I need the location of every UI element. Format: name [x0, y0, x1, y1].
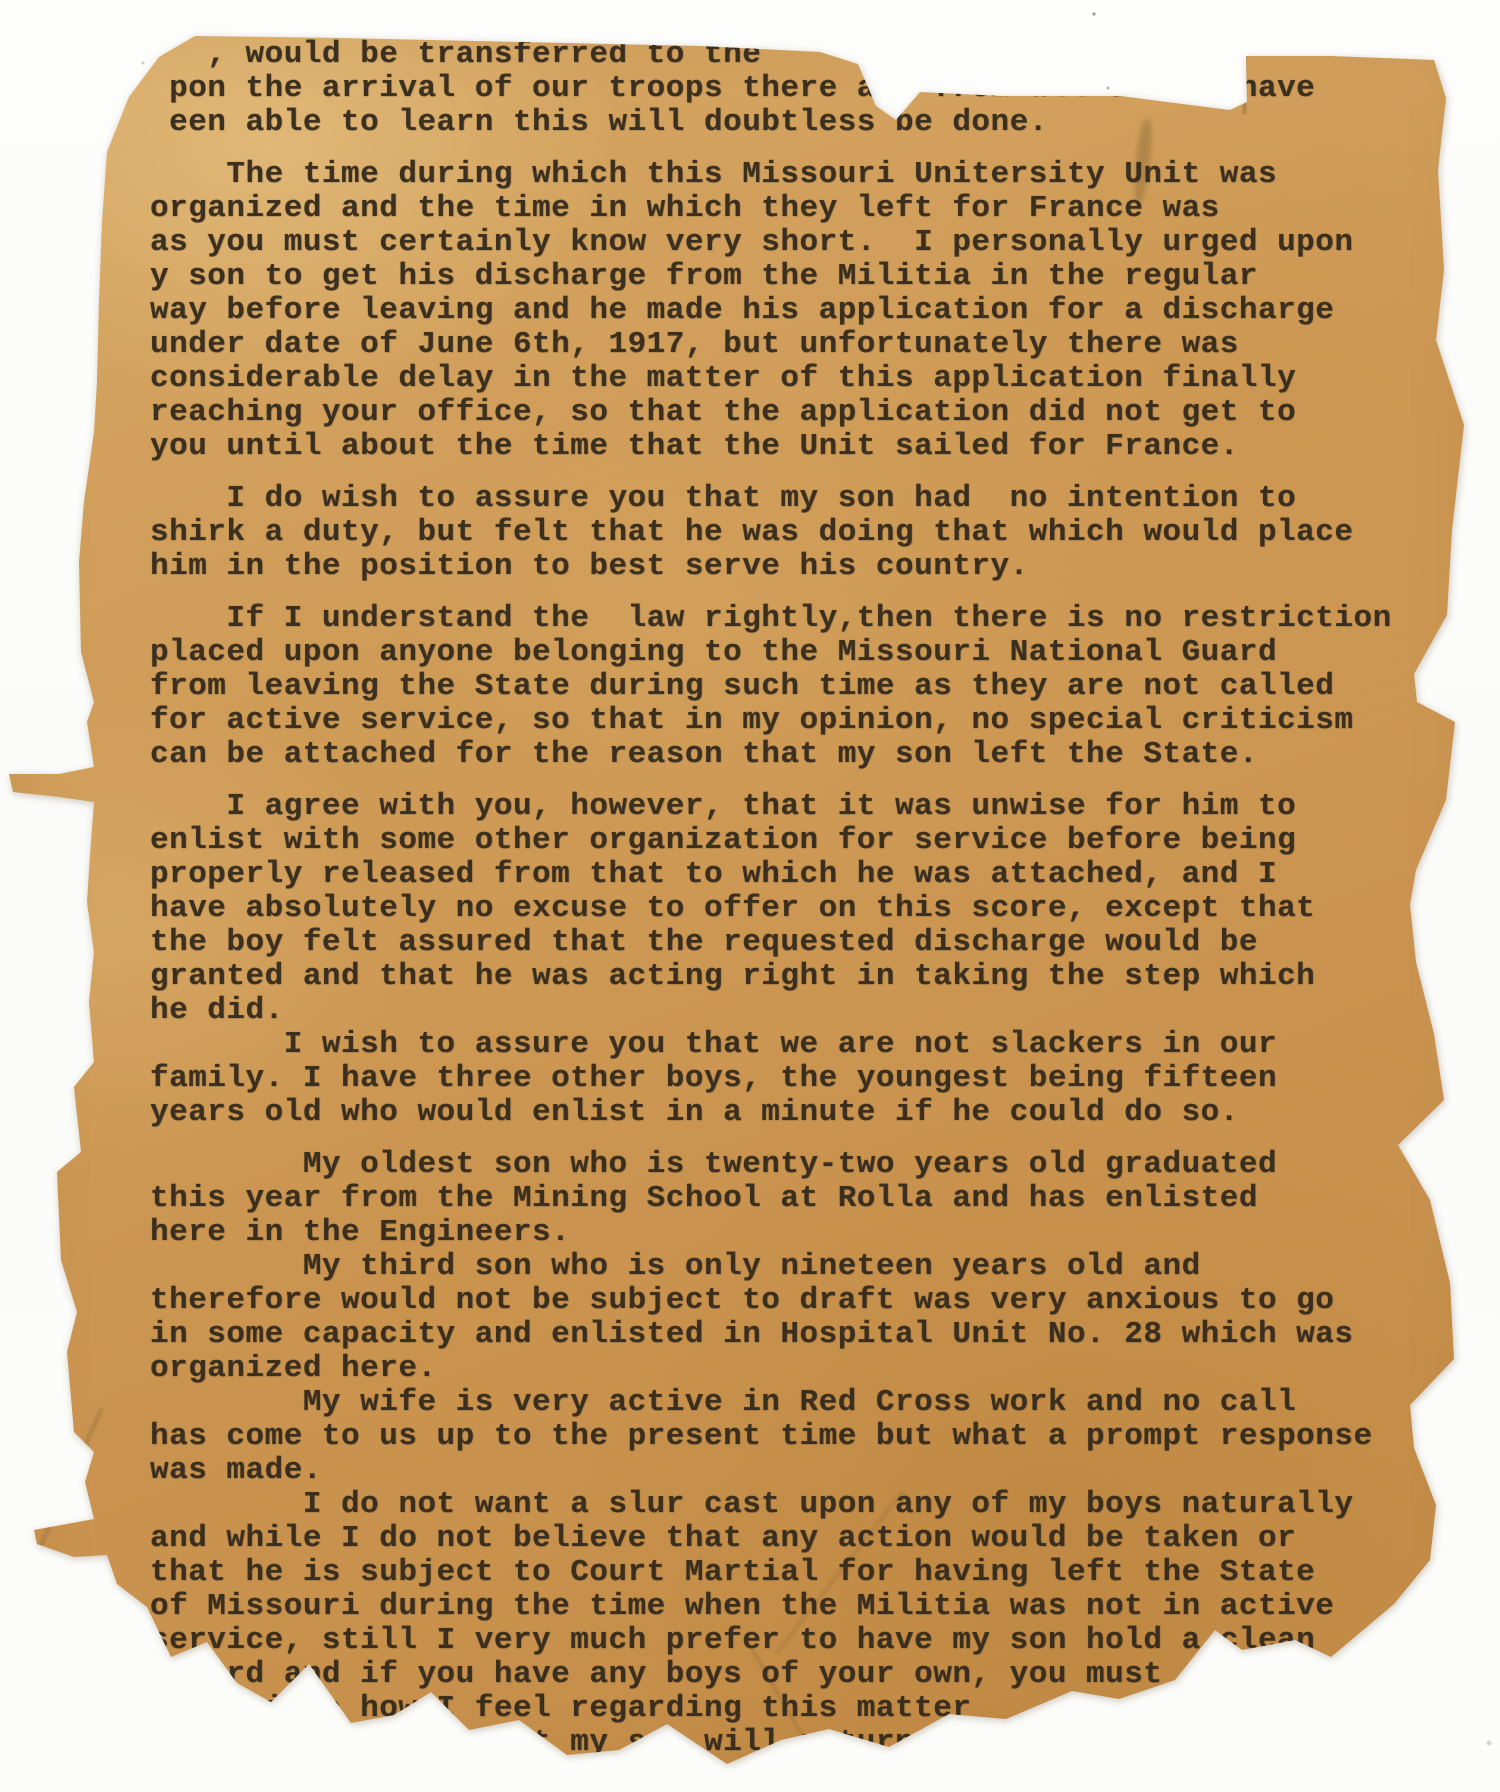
letter-line: reaching your office, so that the applic…: [150, 396, 1450, 430]
letter-paragraph: The time during which this Missouri Unit…: [150, 158, 1450, 464]
letter-line: the boy felt assured that the requested …: [150, 926, 1450, 960]
letter-line: family. I have three other boys, the you…: [150, 1062, 1450, 1096]
letter-line: and while I do not believe that any acti…: [150, 1522, 1450, 1556]
letter-line: placed upon anyone belonging to the Miss…: [150, 636, 1450, 670]
letter-line: , would be transferred to the: [150, 38, 1450, 72]
letter-line: of Missouri during the time when the Mil…: [150, 1590, 1450, 1624]
letter-paragraph: I agree with you, however, that it was u…: [150, 790, 1450, 1028]
letter-paragraph: My oldest son who is twenty-two years ol…: [150, 1148, 1450, 1250]
letter-line: I do wish to assure you that my son had …: [150, 482, 1450, 516]
letter-line: years old who would enlist in a minute i…: [150, 1096, 1450, 1130]
letter-line: If I understand the law rightly,then the…: [150, 602, 1450, 636]
letter-paragraph: I do wish to assure you that my son had …: [150, 482, 1450, 584]
letter-line: I do not want a slur cast upon any of my…: [150, 1488, 1450, 1522]
paper-wrap: , would be transferred to the pon the ar…: [0, 0, 1500, 1792]
letter-line: pon the arrival of our troops there and …: [150, 72, 1450, 106]
letter-line: that he is subject to Court Martial for …: [150, 1556, 1450, 1590]
letter-line: My oldest son who is twenty-two years ol…: [150, 1148, 1450, 1182]
letter-line: record and if you have any boys of your …: [150, 1658, 1450, 1692]
letter-paragraph: My wife is very active in Red Cross work…: [150, 1386, 1450, 1488]
letter-line: he did.: [150, 994, 1450, 1028]
paper-crease: [4, 1407, 103, 1623]
letter-line: properly released from that to which he …: [150, 858, 1450, 892]
letter-paragraph: , would be transferred to the pon the ar…: [150, 38, 1450, 140]
letter-line: was made.: [150, 1454, 1450, 1488]
letter-paragraph: If I understand the law rightly,then the…: [150, 602, 1450, 772]
letter-line: you until about the time that the Unit s…: [150, 430, 1450, 464]
letter-line: y son to get his discharge from the Mili…: [150, 260, 1450, 294]
letter-line: shirk a duty, but felt that he was doing…: [150, 516, 1450, 550]
letter-line: I agree with you, however, that it was u…: [150, 790, 1450, 824]
letter-line: in some capacity and enlisted in Hospita…: [150, 1318, 1450, 1352]
letter-line: service, still I very much prefer to hav…: [150, 1624, 1450, 1658]
letter-line: from leaving the State during such time …: [150, 670, 1450, 704]
letter-line: this year from the Mining School at Roll…: [150, 1182, 1450, 1216]
letter-line: considerable delay in the matter of this…: [150, 362, 1450, 396]
letter-line: I hope that my son will return and will …: [150, 1726, 1450, 1760]
letter-line: here in the Engineers.: [150, 1216, 1450, 1250]
letter-line: for active service, so that in my opinio…: [150, 704, 1450, 738]
letter-line: organized here.: [150, 1352, 1450, 1386]
letter-line: My wife is very active in Red Cross work…: [150, 1386, 1450, 1420]
letter-line: under date of June 6th, 1917, but unfort…: [150, 328, 1450, 362]
letter-line: enlist with some other organization for …: [150, 824, 1450, 858]
letter-line: The time during which this Missouri Unit…: [150, 158, 1450, 192]
letter-line: can be attached for the reason that my s…: [150, 738, 1450, 772]
letter-line: I wish to assure you that we are not sla…: [150, 1028, 1450, 1062]
letter-line: een able to learn this will doubtless be…: [150, 106, 1450, 140]
letter-line: way before leaving and he made his appli…: [150, 294, 1450, 328]
letter-paragraph: I wish to assure you that we are not sla…: [150, 1028, 1450, 1130]
scan-background: , would be transferred to the pon the ar…: [0, 0, 1500, 1792]
letter-paragraph: I do not want a slur cast upon any of my…: [150, 1488, 1450, 1760]
letter-line: organized and the time in which they lef…: [150, 192, 1450, 226]
letter-line: him in the position to best serve his co…: [150, 550, 1450, 584]
letter-line: granted and that he was acting right in …: [150, 960, 1450, 994]
letter-paper: , would be transferred to the pon the ar…: [0, 0, 1500, 1792]
letter-line: has come to us up to the present time bu…: [150, 1420, 1450, 1454]
letter-line: appreciate how I feel regarding this mat…: [150, 1692, 1450, 1726]
letter-line: My third son who is only nineteen years …: [150, 1250, 1450, 1284]
letter-line: therefore would not be subject to draft …: [150, 1284, 1450, 1318]
letter-paragraph: My third son who is only nineteen years …: [150, 1250, 1450, 1386]
letter-line: as you must certainly know very short. I…: [150, 226, 1450, 260]
letter-line: have absolutely no excuse to offer on th…: [150, 892, 1450, 926]
letter-body: , would be transferred to the pon the ar…: [150, 38, 1450, 1760]
